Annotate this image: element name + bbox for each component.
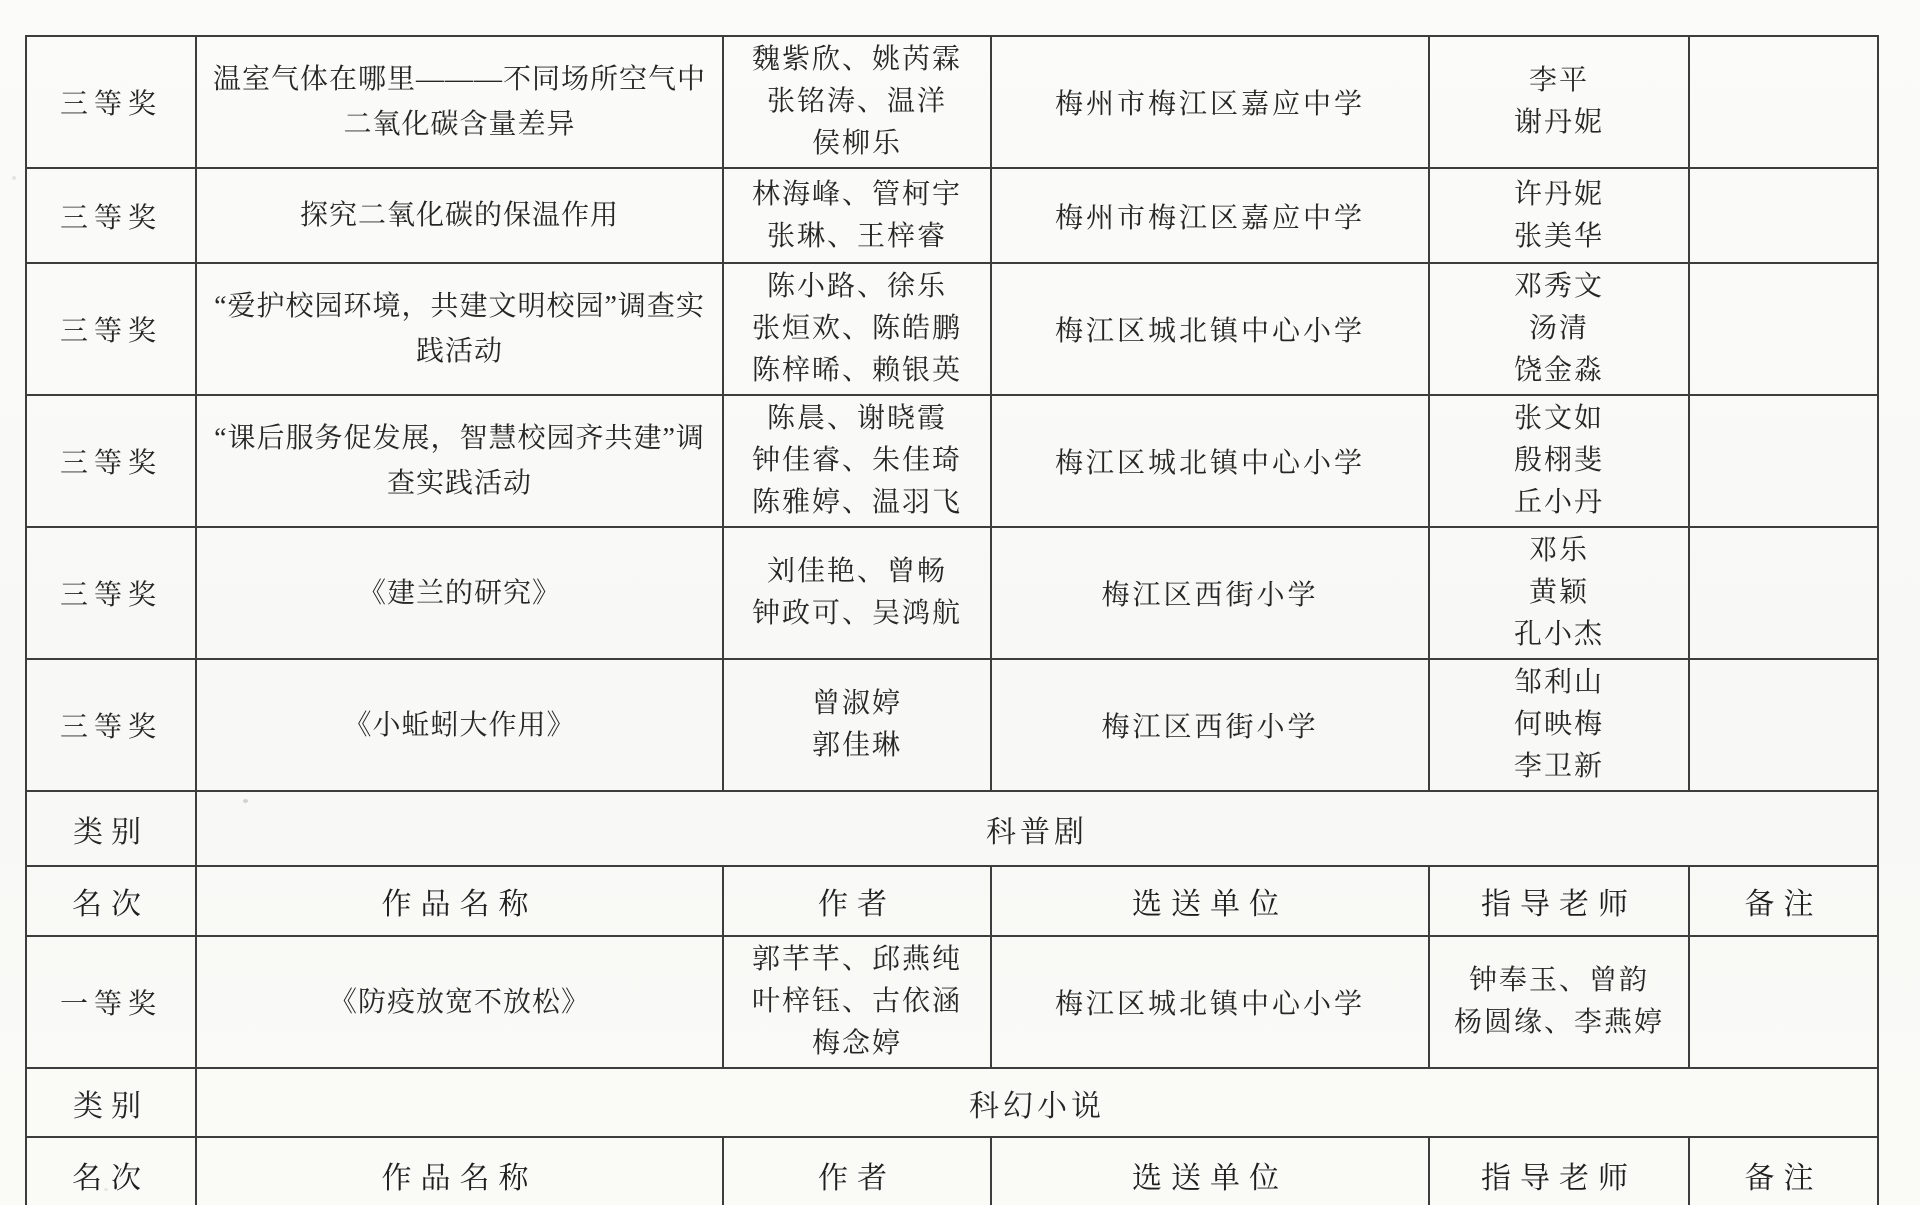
unit-cell: 梅江区城北镇中心小学 xyxy=(991,395,1429,527)
author-name-line: 钟佳睿、朱佳琦 xyxy=(730,440,984,482)
remarks-cell xyxy=(1689,527,1878,659)
scan-speck xyxy=(243,799,248,803)
authors-cell: 曾淑婷 郭佳琳 xyxy=(723,659,991,791)
teachers-cell: 张文如 殷栩斐 丘小丹 xyxy=(1429,395,1689,527)
authors-cell: 林海峰、管柯宇 张琳、王梓睿 xyxy=(723,168,991,263)
author-name-line: 陈雅婷、温羽飞 xyxy=(730,482,984,524)
work-title-cell: 《防疫放宽不放松》 xyxy=(196,936,723,1068)
header-unit: 选送单位 xyxy=(991,866,1429,936)
author-name-line: 郭芊芊、邱燕纯 xyxy=(730,939,984,981)
author-name-line: 张烜欢、陈皓鹏 xyxy=(730,308,984,350)
rank-cell: 三等奖 xyxy=(26,263,196,395)
teacher-name-line: 黄颖 xyxy=(1436,572,1682,614)
unit-cell: 梅江区西街小学 xyxy=(991,659,1429,791)
teacher-name-line: 何映梅 xyxy=(1436,704,1682,746)
author-name-line: 郭佳琳 xyxy=(730,725,984,767)
authors-cell: 刘佳艳、曾畅 钟政可、吴鸿航 xyxy=(723,527,991,659)
unit-cell: 梅江区西街小学 xyxy=(991,527,1429,659)
teacher-name-line: 邓秀文 xyxy=(1436,266,1682,308)
teacher-name-line: 张美华 xyxy=(1436,216,1682,258)
category-row: 类别 科幻小说 xyxy=(26,1068,1878,1137)
unit-cell: 梅江区城北镇中心小学 xyxy=(991,263,1429,395)
teachers-cell: 李平 谢丹妮 xyxy=(1429,36,1689,168)
author-name-line: 陈梓晞、赖银英 xyxy=(730,350,984,392)
header-authors: 作者 xyxy=(723,866,991,936)
teachers-cell: 许丹妮 张美华 xyxy=(1429,168,1689,263)
rank-cell: 三等奖 xyxy=(26,395,196,527)
teacher-name-line: 谢丹妮 xyxy=(1436,102,1682,144)
teachers-cell: 邓乐 黄颖 孔小杰 xyxy=(1429,527,1689,659)
category-label-cell: 类别 xyxy=(26,1068,196,1137)
work-title-cell: 探究二氧化碳的保温作用 xyxy=(196,168,723,263)
header-title: 作品名称 xyxy=(196,866,723,936)
remarks-cell xyxy=(1689,395,1878,527)
header-remarks: 备注 xyxy=(1689,1137,1878,1205)
teachers-cell: 邓秀文 汤清 饶金淼 xyxy=(1429,263,1689,395)
column-header-row: 名次 作品名称 作者 选送单位 指导老师 备注 xyxy=(26,1137,1878,1205)
remarks-cell xyxy=(1689,36,1878,168)
rank-cell: 一等奖 xyxy=(26,936,196,1068)
header-title: 作品名称 xyxy=(196,1137,723,1205)
teacher-name-line: 殷栩斐 xyxy=(1436,440,1682,482)
scan-speck xyxy=(104,1188,108,1191)
awards-table: 三等奖 温室气体在哪里———不同场所空气中二氧化碳含量差异 魏紫欣、姚芮霖 张铭… xyxy=(25,35,1879,1205)
remarks-cell xyxy=(1689,168,1878,263)
award-row: 三等奖 探究二氧化碳的保温作用 林海峰、管柯宇 张琳、王梓睿 梅州市梅江区嘉应中… xyxy=(26,168,1878,263)
teacher-name-line: 钟奉玉、曾韵 xyxy=(1436,960,1682,1002)
teacher-name-line: 李平 xyxy=(1436,60,1682,102)
work-title-cell: “课后服务促发展，智慧校园齐共建”调查实践活动 xyxy=(196,395,723,527)
remarks-cell xyxy=(1689,659,1878,791)
header-rank: 名次 xyxy=(26,866,196,936)
rank-cell: 三等奖 xyxy=(26,36,196,168)
category-value-cell: 科普剧 xyxy=(196,791,1878,866)
author-name-line: 曾淑婷 xyxy=(730,683,984,725)
work-title-cell: “爱护校园环境，共建文明校园”调查实践活动 xyxy=(196,263,723,395)
author-name-line: 张铭涛、温洋 xyxy=(730,81,984,123)
rank-cell: 三等奖 xyxy=(26,527,196,659)
author-name-line: 陈小路、徐乐 xyxy=(730,266,984,308)
author-name-line: 张琳、王梓睿 xyxy=(730,216,984,258)
work-title-cell: 《建兰的研究》 xyxy=(196,527,723,659)
header-teachers: 指导老师 xyxy=(1429,1137,1689,1205)
work-title-cell: 《小蚯蚓大作用》 xyxy=(196,659,723,791)
author-name-line: 侯柳乐 xyxy=(730,123,984,165)
teacher-name-line: 邓乐 xyxy=(1436,530,1682,572)
authors-cell: 魏紫欣、姚芮霖 张铭涛、温洋 侯柳乐 xyxy=(723,36,991,168)
teacher-name-line: 饶金淼 xyxy=(1436,350,1682,392)
authors-cell: 陈小路、徐乐 张烜欢、陈皓鹏 陈梓晞、赖银英 xyxy=(723,263,991,395)
authors-cell: 陈晨、谢晓霞 钟佳睿、朱佳琦 陈雅婷、温羽飞 xyxy=(723,395,991,527)
unit-cell: 梅州市梅江区嘉应中学 xyxy=(991,36,1429,168)
teachers-cell: 邹利山 何映梅 李卫新 xyxy=(1429,659,1689,791)
scanned-document-page: 三等奖 温室气体在哪里———不同场所空气中二氧化碳含量差异 魏紫欣、姚芮霖 张铭… xyxy=(0,0,1920,1205)
work-title-cell: 温室气体在哪里———不同场所空气中二氧化碳含量差异 xyxy=(196,36,723,168)
award-row: 三等奖 《建兰的研究》 刘佳艳、曾畅 钟政可、吴鸿航 梅江区西街小学 邓乐 黄颖… xyxy=(26,527,1878,659)
remarks-cell xyxy=(1689,263,1878,395)
teacher-name-line: 许丹妮 xyxy=(1436,174,1682,216)
unit-cell: 梅州市梅江区嘉应中学 xyxy=(991,168,1429,263)
teacher-name-line: 杨圆缘、李燕婷 xyxy=(1436,1002,1682,1044)
header-unit: 选送单位 xyxy=(991,1137,1429,1205)
author-name-line: 陈晨、谢晓霞 xyxy=(730,398,984,440)
teacher-name-line: 李卫新 xyxy=(1436,746,1682,788)
author-name-line: 魏紫欣、姚芮霖 xyxy=(730,39,984,81)
scan-speck xyxy=(12,176,16,180)
author-name-line: 梅念婷 xyxy=(730,1023,984,1065)
teacher-name-line: 邹利山 xyxy=(1436,662,1682,704)
category-value-cell: 科幻小说 xyxy=(196,1068,1878,1137)
teacher-name-line: 汤清 xyxy=(1436,308,1682,350)
category-label-cell: 类别 xyxy=(26,791,196,866)
author-name-line: 钟政可、吴鸿航 xyxy=(730,593,984,635)
header-authors: 作者 xyxy=(723,1137,991,1205)
author-name-line: 林海峰、管柯宇 xyxy=(730,174,984,216)
remarks-cell xyxy=(1689,936,1878,1068)
header-rank: 名次 xyxy=(26,1137,196,1205)
rank-cell: 三等奖 xyxy=(26,168,196,263)
award-row: 三等奖 “课后服务促发展，智慧校园齐共建”调查实践活动 陈晨、谢晓霞 钟佳睿、朱… xyxy=(26,395,1878,527)
teacher-name-line: 孔小杰 xyxy=(1436,614,1682,656)
header-remarks: 备注 xyxy=(1689,866,1878,936)
teachers-cell: 钟奉玉、曾韵 杨圆缘、李燕婷 xyxy=(1429,936,1689,1068)
rank-cell: 三等奖 xyxy=(26,659,196,791)
header-teachers: 指导老师 xyxy=(1429,866,1689,936)
award-row: 三等奖 《小蚯蚓大作用》 曾淑婷 郭佳琳 梅江区西街小学 邹利山 何映梅 李卫新 xyxy=(26,659,1878,791)
column-header-row: 名次 作品名称 作者 选送单位 指导老师 备注 xyxy=(26,866,1878,936)
authors-cell: 郭芊芊、邱燕纯 叶梓钰、古依涵 梅念婷 xyxy=(723,936,991,1068)
author-name-line: 叶梓钰、古依涵 xyxy=(730,981,984,1023)
teacher-name-line: 张文如 xyxy=(1436,398,1682,440)
teacher-name-line: 丘小丹 xyxy=(1436,482,1682,524)
award-row: 三等奖 “爱护校园环境，共建文明校园”调查实践活动 陈小路、徐乐 张烜欢、陈皓鹏… xyxy=(26,263,1878,395)
award-row: 一等奖 《防疫放宽不放松》 郭芊芊、邱燕纯 叶梓钰、古依涵 梅念婷 梅江区城北镇… xyxy=(26,936,1878,1068)
unit-cell: 梅江区城北镇中心小学 xyxy=(991,936,1429,1068)
award-row: 三等奖 温室气体在哪里———不同场所空气中二氧化碳含量差异 魏紫欣、姚芮霖 张铭… xyxy=(26,36,1878,168)
author-name-line: 刘佳艳、曾畅 xyxy=(730,551,984,593)
category-row: 类别 科普剧 xyxy=(26,791,1878,866)
